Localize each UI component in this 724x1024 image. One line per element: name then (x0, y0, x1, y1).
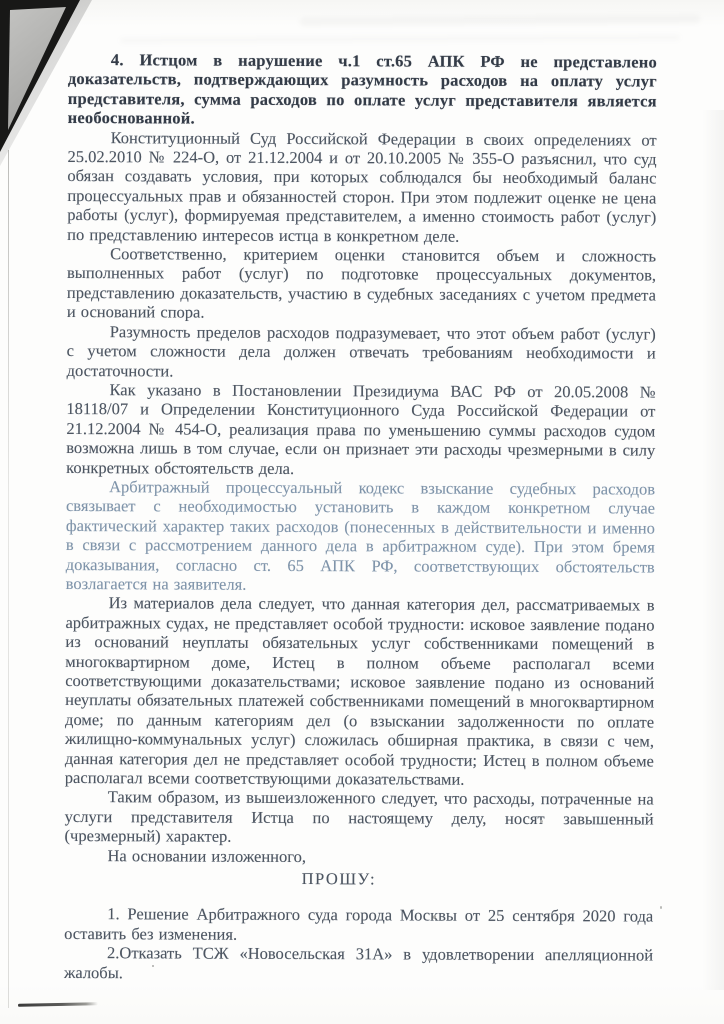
document-body: 4. Истцом в нарушение ч.1 ст.65 АПК РФ н… (64, 50, 657, 985)
scan-speck (660, 906, 662, 909)
request-heading: ПРОШУ: (64, 868, 613, 890)
paragraph: 1. Решение Арбитражного суда города Моск… (64, 904, 653, 945)
paragraph: Разумность пределов расходов подразумева… (67, 322, 656, 383)
paragraph: Арбитражный процессуальный кодекс взыска… (66, 477, 656, 596)
paragraph: 2.Отказать ТСЖ «Новосельская 31А» в удов… (64, 943, 653, 984)
paragraph: На основании изложенного, (64, 846, 653, 868)
paragraph: Из материалов дела следует, что данная к… (65, 593, 655, 790)
paragraph: Соответственно, критерием оценки станови… (67, 244, 656, 324)
left-edge-scan-line (8, 150, 9, 1008)
paragraph: Как указано в Постановлении Президиума В… (66, 380, 655, 480)
paragraph: 4. Истцом в нарушение ч.1 ст.65 АПК РФ н… (68, 50, 657, 130)
scan-streak (120, 35, 680, 44)
scan-speck (540, 820, 543, 823)
right-edge-scan-band (702, 110, 724, 990)
scan-speck (152, 965, 154, 967)
bottom-pen-mark (18, 1002, 98, 1007)
paragraph: Таким образом, из вышеизложенного следуе… (65, 787, 654, 848)
scan-streak (300, 15, 700, 27)
scanned-document-page: 4. Истцом в нарушение ч.1 ст.65 АПК РФ н… (0, 0, 724, 1024)
paragraph: Конституционный Суд Российской Федерации… (67, 128, 657, 247)
scan-speck (428, 958, 430, 961)
